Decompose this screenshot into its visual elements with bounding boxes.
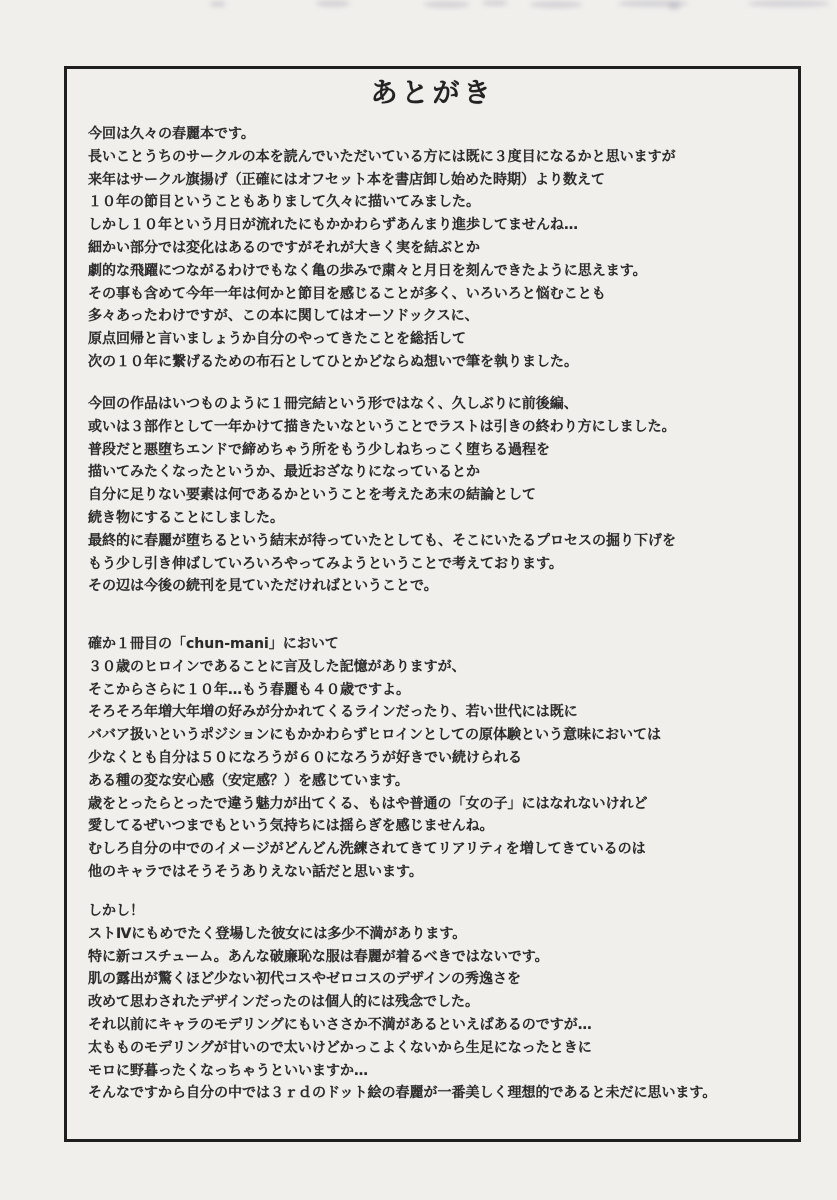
text-line: しかし！: [88, 900, 792, 923]
page-title: あとがき: [67, 71, 798, 110]
scan-artifact: [424, 1, 470, 8]
text-line: 或いは３部作として一年かけて描きたいなということでラストは引きの終わり方にしまし…: [88, 416, 792, 439]
text-line: 確か１冊目の「chun-mani」において: [88, 633, 792, 656]
text-line: 今回の作品はいつものように１冊完結という形ではなく、久しぶりに前後編、: [88, 393, 792, 416]
text-line: 細かい部分では変化はあるのですがそれが大きく実を結ぶとか: [88, 237, 792, 260]
text-line: しかし１０年という月日が流れたにもかかわらずあんまり進歩してませんね…: [88, 214, 792, 237]
afterword-paragraph-4: しかし！ストⅣにもめでたく登場した彼女には多少不満があります。特に新コスチューム…: [88, 900, 792, 1105]
text-line: モロに野暮ったくなっちゃうといいますか…: [88, 1060, 792, 1083]
text-line: そこからさらに１０年…もう春麗も４０歳ですよ。: [88, 679, 792, 702]
text-line: そろそろ年増大年増の好みが分かれてくるラインだったり、若い世代には既に: [88, 701, 792, 724]
text-line: 歳をとったらとったで違う魅力が出てくる、もはや普通の「女の子」にはなれないけれど: [88, 793, 792, 816]
text-line: 描いてみたくなったというか、最近おざなりになっているとか: [88, 461, 792, 484]
text-line: そんなですから自分の中では３ｒｄのドット絵の春麗が一番美しく理想的であると未だに…: [88, 1082, 792, 1105]
scan-artifact: [668, 2, 680, 10]
text-line: 最終的に春麗が堕ちるという結末が待っていたとしても、そこにいたるプロセスの掘り下…: [88, 530, 792, 553]
text-line: 自分に足りない要素は何であるかということを考えたあ末の結論として: [88, 484, 792, 507]
scan-artifact: [748, 0, 830, 7]
scan-artifact: [210, 1, 226, 7]
text-line: ３０歳のヒロインであることに言及した記憶がありますが、: [88, 656, 792, 679]
text-line: 普段だと悪堕ちエンドで締めちゃう所をもう少しねちっこく堕ちる過程を: [88, 439, 792, 462]
scanned-page: あとがき 今回は久々の春麗本です。長いことうちのサークルの本を読んでいただいてい…: [0, 0, 837, 1200]
text-line: 今回は久々の春麗本です。: [88, 123, 792, 146]
text-line: 劇的な飛躍につながるわけでもなく亀の歩みで粛々と月日を刻んできたように思えます。: [88, 260, 792, 283]
text-line: 肌の露出が驚くほど少ない初代コスやゼロコスのデザインの秀逸さを: [88, 968, 792, 991]
text-line: 少なくとも自分は５０になろうが６０になろうが好きでい続けられる: [88, 747, 792, 770]
scan-artifact: [316, 0, 350, 7]
text-line: それ以前にキャラのモデリングにもいささか不満があるといえばあるのですが…: [88, 1014, 792, 1037]
afterword-paragraph-2: 今回の作品はいつものように１冊完結という形ではなく、久しぶりに前後編、或いは３部…: [88, 393, 792, 598]
text-line: 改めて思わされたデザインだったのは個人的には残念でした。: [88, 991, 792, 1014]
text-line: もう少し引き伸ばしていろいろやってみようということで考えております。: [88, 553, 792, 576]
text-line: その事も含めて今年一年は何かと節目を感じることが多く、いろいろと悩むことも: [88, 283, 792, 306]
text-line: 来年はサークル旗揚げ（正確にはオフセット本を書店卸し始めた時期）より数えて: [88, 169, 792, 192]
text-line: 特に新コスチューム。あんな破廉恥な服は春麗が着るべきではないです。: [88, 946, 792, 969]
text-line: その辺は今後の続刊を見ていただければということで。: [88, 575, 792, 598]
text-line: 続き物にすることにしました。: [88, 507, 792, 530]
text-line: １０年の節目ということもありまして久々に描いてみました。: [88, 191, 792, 214]
text-line: 太もものモデリングが甘いので太いけどかっこよくないから生足になったときに: [88, 1037, 792, 1060]
text-line: むしろ自分の中でのイメージがどんどん洗練されてきてリアリティを増してきているのは: [88, 838, 792, 861]
text-line: 愛してるぜいつまでもという気持ちには揺らぎを感じませんね。: [88, 815, 792, 838]
text-line: 多々あったわけですが、この本に関してはオーソドックスに、: [88, 305, 792, 328]
afterword-paragraph-1: 今回は久々の春麗本です。長いことうちのサークルの本を読んでいただいている方には既…: [88, 123, 792, 374]
text-line: ストⅣにもめでたく登場した彼女には多少不満があります。: [88, 923, 792, 946]
text-line: 長いことうちのサークルの本を読んでいただいている方には既に３度目になるかと思いま…: [88, 146, 792, 169]
text-line: ある種の変な安心感（安定感？）を感じています。: [88, 770, 792, 793]
scan-artifact: [482, 0, 508, 6]
text-line: 他のキャラではそうそうありえない話だと思います。: [88, 861, 792, 884]
text-line: ババア扱いというポジションにもかかわらずヒロインとしての原体験という意味において…: [88, 724, 792, 747]
afterword-frame: あとがき 今回は久々の春麗本です。長いことうちのサークルの本を読んでいただいてい…: [64, 66, 801, 1142]
text-line: 原点回帰と言いましょうか自分のやってきたことを総括して: [88, 328, 792, 351]
text-line: 次の１０年に繋げるための布石としてひとかどならぬ想いで筆を執りました。: [88, 351, 792, 374]
afterword-paragraph-3: 確か１冊目の「chun-mani」において３０歳のヒロインであることに言及した記…: [88, 633, 792, 884]
scan-artifact: [530, 1, 582, 8]
